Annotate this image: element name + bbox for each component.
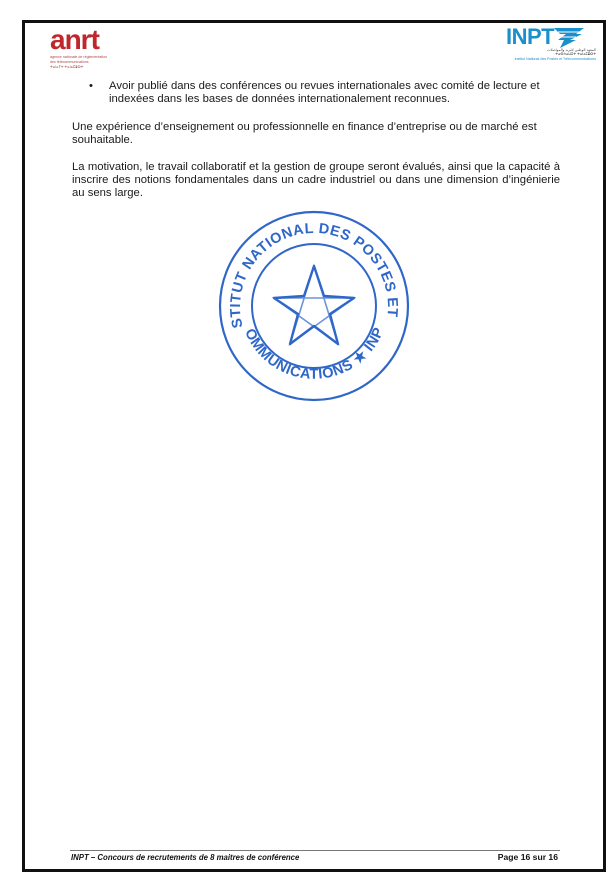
page-number: Page 16 sur 16 <box>498 852 558 862</box>
star-icon <box>274 266 354 344</box>
inpt-wordmark: INPT <box>506 26 554 48</box>
footer-divider <box>70 850 560 851</box>
stamp-arc-text: ★ INSTITUT NATIONAL DES POSTES ET TELE <box>214 206 400 329</box>
list-item: • Avoir publié dans des conférences ou r… <box>72 80 560 106</box>
svg-text:★ INSTITUT NATIONAL DES POSTES: ★ INSTITUT NATIONAL DES POSTES ET TELE <box>214 206 400 329</box>
bullet-text: Avoir publié dans des conférences ou rev… <box>109 80 560 106</box>
inpt-logo: INPT المعهد الوطني للبريد والمواصلات ⵜⴰⵙ… <box>506 26 596 70</box>
paragraph-motivation: La motivation, le travail collaboratif e… <box>72 161 560 201</box>
anrt-subtitle-1: agence nationale de réglementation <box>50 55 140 59</box>
bullet-marker: • <box>72 80 109 106</box>
requirements-list: • Avoir publié dans des conférences ou r… <box>72 80 560 106</box>
anrt-wordmark: anrt <box>50 26 140 54</box>
footer-title: INPT – Concours de recrutements de 8 mai… <box>71 853 299 862</box>
anrt-subtitle-3: ⵜⴰⵏⴰⵢⵜ ⵜⴰⵏⴰⵎⵓⵔⵜ <box>50 65 140 69</box>
anrt-subtitle-2: des télécommunications <box>50 60 140 64</box>
paragraph-experience: Une expérience d’enseignement ou profess… <box>72 121 560 147</box>
inpt-subtitle-french: Institut National des Postes et Télécomm… <box>506 57 596 61</box>
official-stamp: ★ INSTITUT NATIONAL DES POSTES ET TELE C… <box>214 206 414 406</box>
anrt-logo: anrt agence nationale de réglementation … <box>50 26 140 66</box>
inpt-wave-icon <box>554 26 584 48</box>
document-page <box>22 20 606 872</box>
